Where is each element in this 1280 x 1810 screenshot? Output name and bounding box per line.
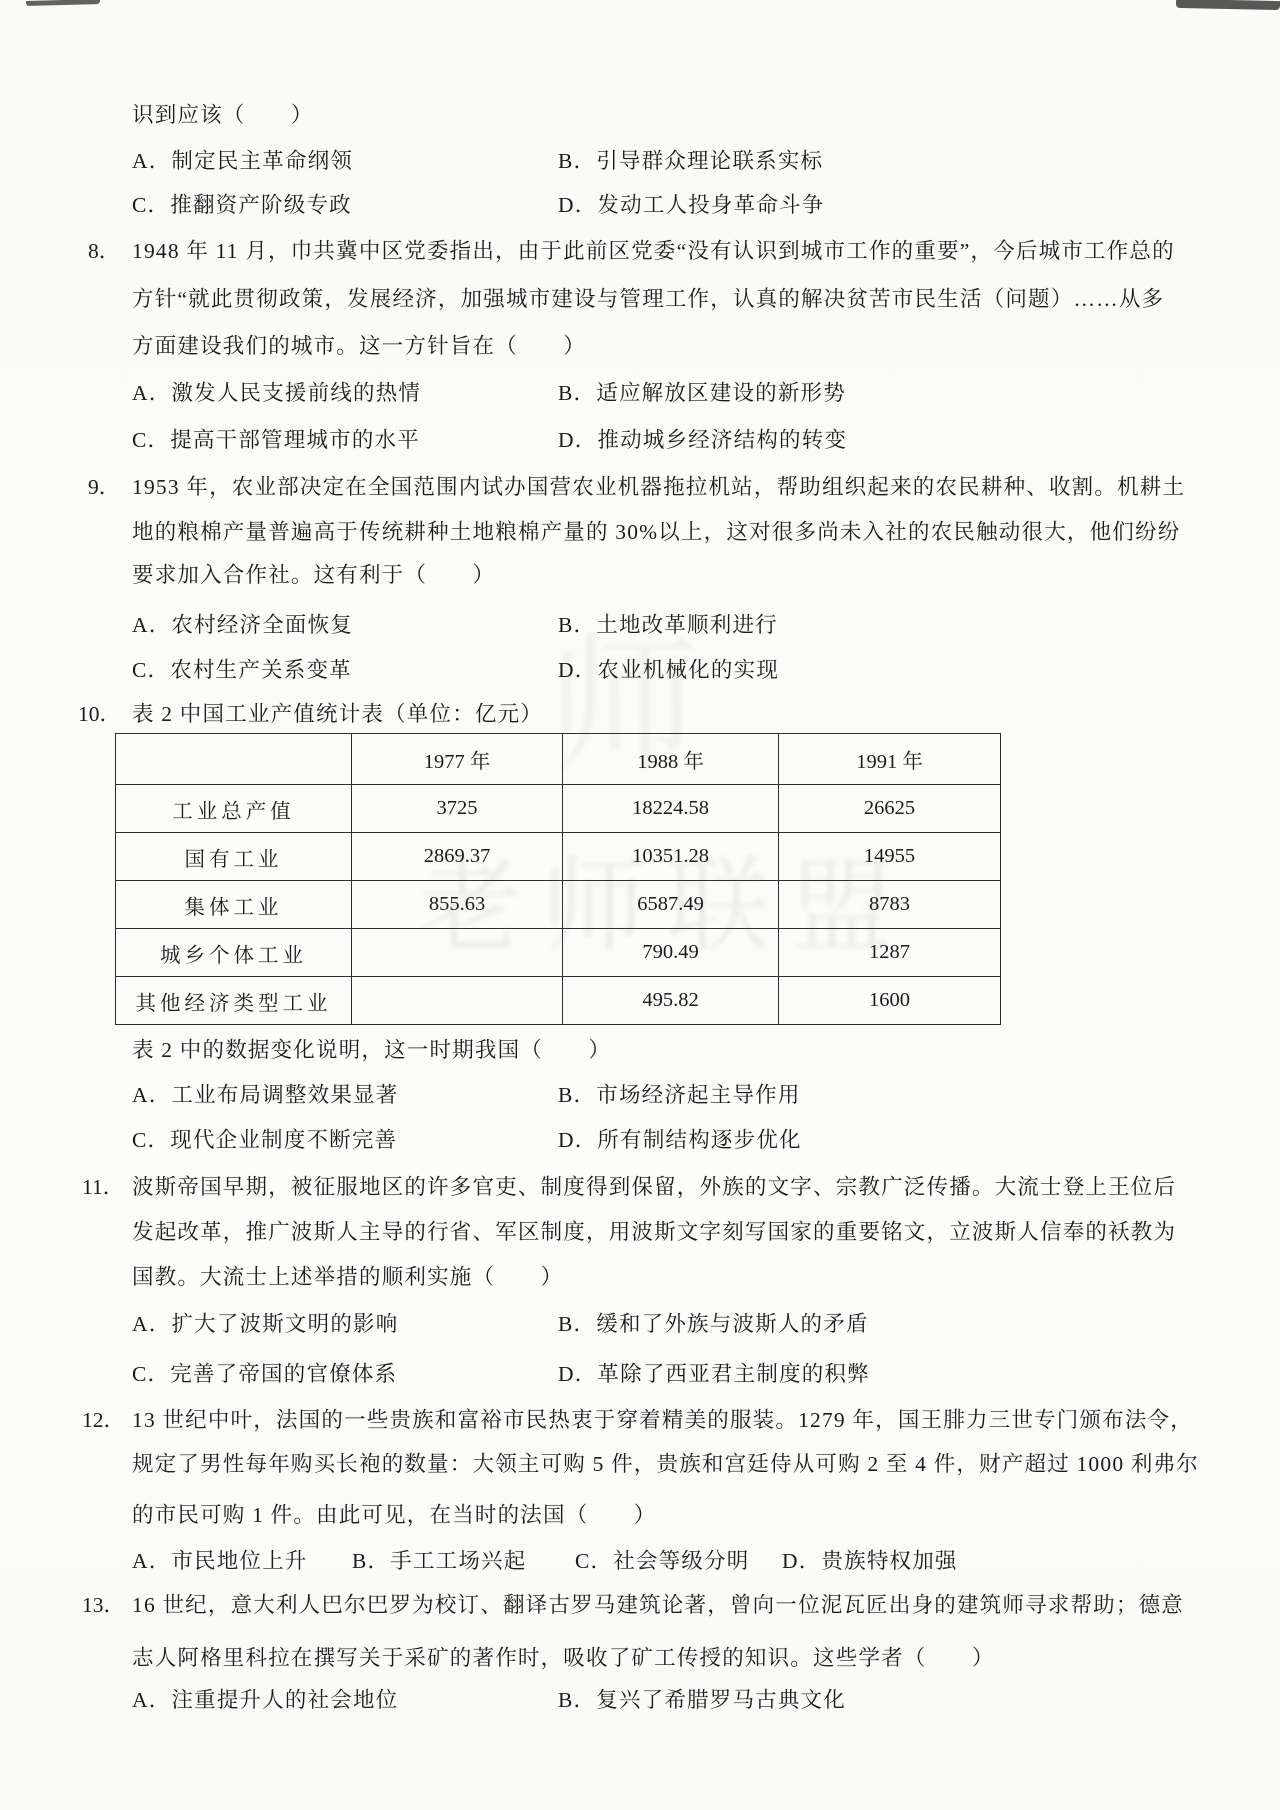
q11-option-d: D．革除了西亚君主制度的积弊 xyxy=(558,1357,870,1388)
q11-stem-line3: 国教。大流士上述举措的顺利实施（ ） xyxy=(132,1260,563,1291)
q13-stem-line1: 16 世纪，意大利人巴尔巴罗为校订、翻译古罗马建筑论著，曾向一位泥瓦匠出身的建筑… xyxy=(132,1588,1184,1619)
q9-stem-line3: 要求加入合作社。这有利于（ ） xyxy=(132,558,495,589)
table-cell: 10351.28 xyxy=(563,833,779,881)
table-header-row: 1977 年 1988 年 1991 年 xyxy=(116,734,1001,785)
table-row: 工业总产值 3725 18224.58 26625 xyxy=(116,785,1001,833)
q12-option-d: D．贵族特权加强 xyxy=(782,1544,958,1575)
q7-option-c: C．推翻资产阶级专政 xyxy=(132,188,352,219)
q8-option-d: D．推动城乡经济结构的转变 xyxy=(558,423,847,454)
q8-number: 8． xyxy=(88,234,120,265)
q8-stem-line3: 方面建设我们的城市。这一方针旨在（ ） xyxy=(132,329,586,360)
q7-option-a: A．制定民主革命纲领 xyxy=(132,144,353,175)
q10-number: 10． xyxy=(78,697,121,728)
q9-stem-line2: 地的粮棉产量普遍高于传统耕种土地粮棉产量的 30%以上，这对很多尚未入社的农民触… xyxy=(132,515,1180,546)
table-row: 其他经济类型工业 495.82 1600 xyxy=(116,977,1001,1025)
table-cell: 8783 xyxy=(779,881,1001,929)
q10-followup: 表 2 中的数据变化说明，这一时期我国（ ） xyxy=(132,1033,611,1064)
q12-number: 12． xyxy=(82,1403,125,1434)
table-cell: 3725 xyxy=(352,785,563,833)
q10-option-d: D．所有制结构逐步优化 xyxy=(558,1123,802,1154)
q11-number: 11． xyxy=(82,1170,124,1201)
q10-table-title: 表 2 中国工业产值统计表（单位：亿元） xyxy=(132,697,543,728)
q12-option-a: A．市民地位上升 xyxy=(132,1544,308,1575)
table-row: 集体工业 855.63 6587.49 8783 xyxy=(116,881,1001,929)
q7-stem: 识到应该（ ） xyxy=(132,98,314,129)
table-row-label: 城乡个体工业 xyxy=(116,929,352,977)
scan-artifact-top-left xyxy=(26,0,100,6)
scan-artifact-top-right xyxy=(1176,0,1280,10)
table-cell: 1600 xyxy=(779,977,1001,1025)
q11-stem-line1: 波斯帝国早期，被征服地区的许多官吏、制度得到保留，外族的文字、宗教广泛传播。大流… xyxy=(132,1170,1176,1201)
q10-option-a: A．工业布局调整效果显著 xyxy=(132,1078,398,1109)
table-row: 国有工业 2869.37 10351.28 14955 xyxy=(116,833,1001,881)
table-row-label: 其他经济类型工业 xyxy=(116,977,352,1025)
table-row-label: 集体工业 xyxy=(116,881,352,929)
q10-option-c: C．现代企业制度不断完善 xyxy=(132,1123,397,1154)
q13-stem-line2: 志人阿格里科拉在撰写关于采矿的著作时，吸收了矿工传授的知识。这些学者（ ） xyxy=(132,1641,995,1672)
table-cell: 790.49 xyxy=(563,929,779,977)
table-header-cell: 1988 年 xyxy=(563,734,779,785)
table-cell: 855.63 xyxy=(352,881,563,929)
q8-stem-line1: 1948 年 11 月，巾共冀中区党委指出，由于此前区党委“没有认识到城市工作的… xyxy=(132,234,1175,265)
table-row-label: 国有工业 xyxy=(116,833,352,881)
q8-option-c: C．提高干部管理城市的水平 xyxy=(132,423,420,454)
q9-number: 9． xyxy=(88,470,120,501)
table-cell: 2869.37 xyxy=(352,833,563,881)
q9-option-b: B．土地改革顺利进行 xyxy=(558,608,778,639)
q13-option-b: B．复兴了希腊罗马古典文化 xyxy=(558,1683,846,1714)
q13-number: 13． xyxy=(82,1588,125,1619)
q12-stem-line2: 规定了男性每年购买长袍的数量：大领主可购 5 件，贵族和宫廷侍从可购 2 至 4… xyxy=(132,1447,1199,1478)
q9-option-c: C．农村生产关系变革 xyxy=(132,653,352,684)
table-cell: 6587.49 xyxy=(563,881,779,929)
q7-option-d: D．发动工人投身革命斗争 xyxy=(558,188,824,219)
q11-option-c: C．完善了帝国的官僚体系 xyxy=(132,1357,397,1388)
q11-option-b: B．缓和了外族与波斯人的矛盾 xyxy=(558,1307,869,1338)
table-cell xyxy=(352,929,563,977)
q9-option-d: D．农业机械化的实现 xyxy=(558,653,779,684)
q12-option-c: C．社会等级分明 xyxy=(575,1544,749,1575)
q9-option-a: A．农村经济全面恢复 xyxy=(132,608,353,639)
industry-output-table: 1977 年 1988 年 1991 年 工业总产值 3725 18224.58… xyxy=(115,733,1001,1025)
q10-option-b: B．市场经济起主导作用 xyxy=(558,1078,801,1109)
q12-stem-line1: 13 世纪中叶，法国的一些贵族和富裕市民热衷于穿着精美的服装。1279 年，国王… xyxy=(132,1403,1193,1434)
q7-option-b: B．引导群众理论联系实标 xyxy=(558,144,823,175)
table-cell: 18224.58 xyxy=(563,785,779,833)
q8-stem-line2: 方针“就此贯彻政策，发展经济，加强城市建设与管理工作，认真的解决贫苦市民生活（问… xyxy=(132,282,1164,313)
table-header-cell xyxy=(116,734,352,785)
q8-option-b: B．适应解放区建设的新形势 xyxy=(558,376,846,407)
q9-stem-line1: 1953 年，农业部决定在全国范围内试办国营农业机器拖拉机站，帮助组织起来的农民… xyxy=(132,470,1185,501)
q11-stem-line2: 发起改革，推广波斯人主导的行省、军区制度，用波斯文字刻写国家的重要铭文，立波斯人… xyxy=(132,1215,1176,1246)
table-row: 城乡个体工业 790.49 1287 xyxy=(116,929,1001,977)
q8-option-a: A．激发人民支援前线的热情 xyxy=(132,376,421,407)
table-cell xyxy=(352,977,563,1025)
table-header-cell: 1977 年 xyxy=(352,734,563,785)
table-cell: 495.82 xyxy=(563,977,779,1025)
table-header-cell: 1991 年 xyxy=(779,734,1001,785)
q11-option-a: A．扩大了波斯文明的影响 xyxy=(132,1307,398,1338)
q12-option-b: B．手工工场兴起 xyxy=(352,1544,526,1575)
table-cell: 14955 xyxy=(779,833,1001,881)
table-cell: 26625 xyxy=(779,785,1001,833)
table-cell: 1287 xyxy=(779,929,1001,977)
q12-stem-line3: 的市民可购 1 件。由此可见，在当时的法国（ ） xyxy=(132,1498,657,1529)
exam-page: 师 老师联盟 识到应该（ ） A．制定民主革命纲领 B．引导群众理论联系实标 C… xyxy=(0,0,1280,1810)
q13-option-a: A．注重提升人的社会地位 xyxy=(132,1683,398,1714)
table-row-label: 工业总产值 xyxy=(116,785,352,833)
